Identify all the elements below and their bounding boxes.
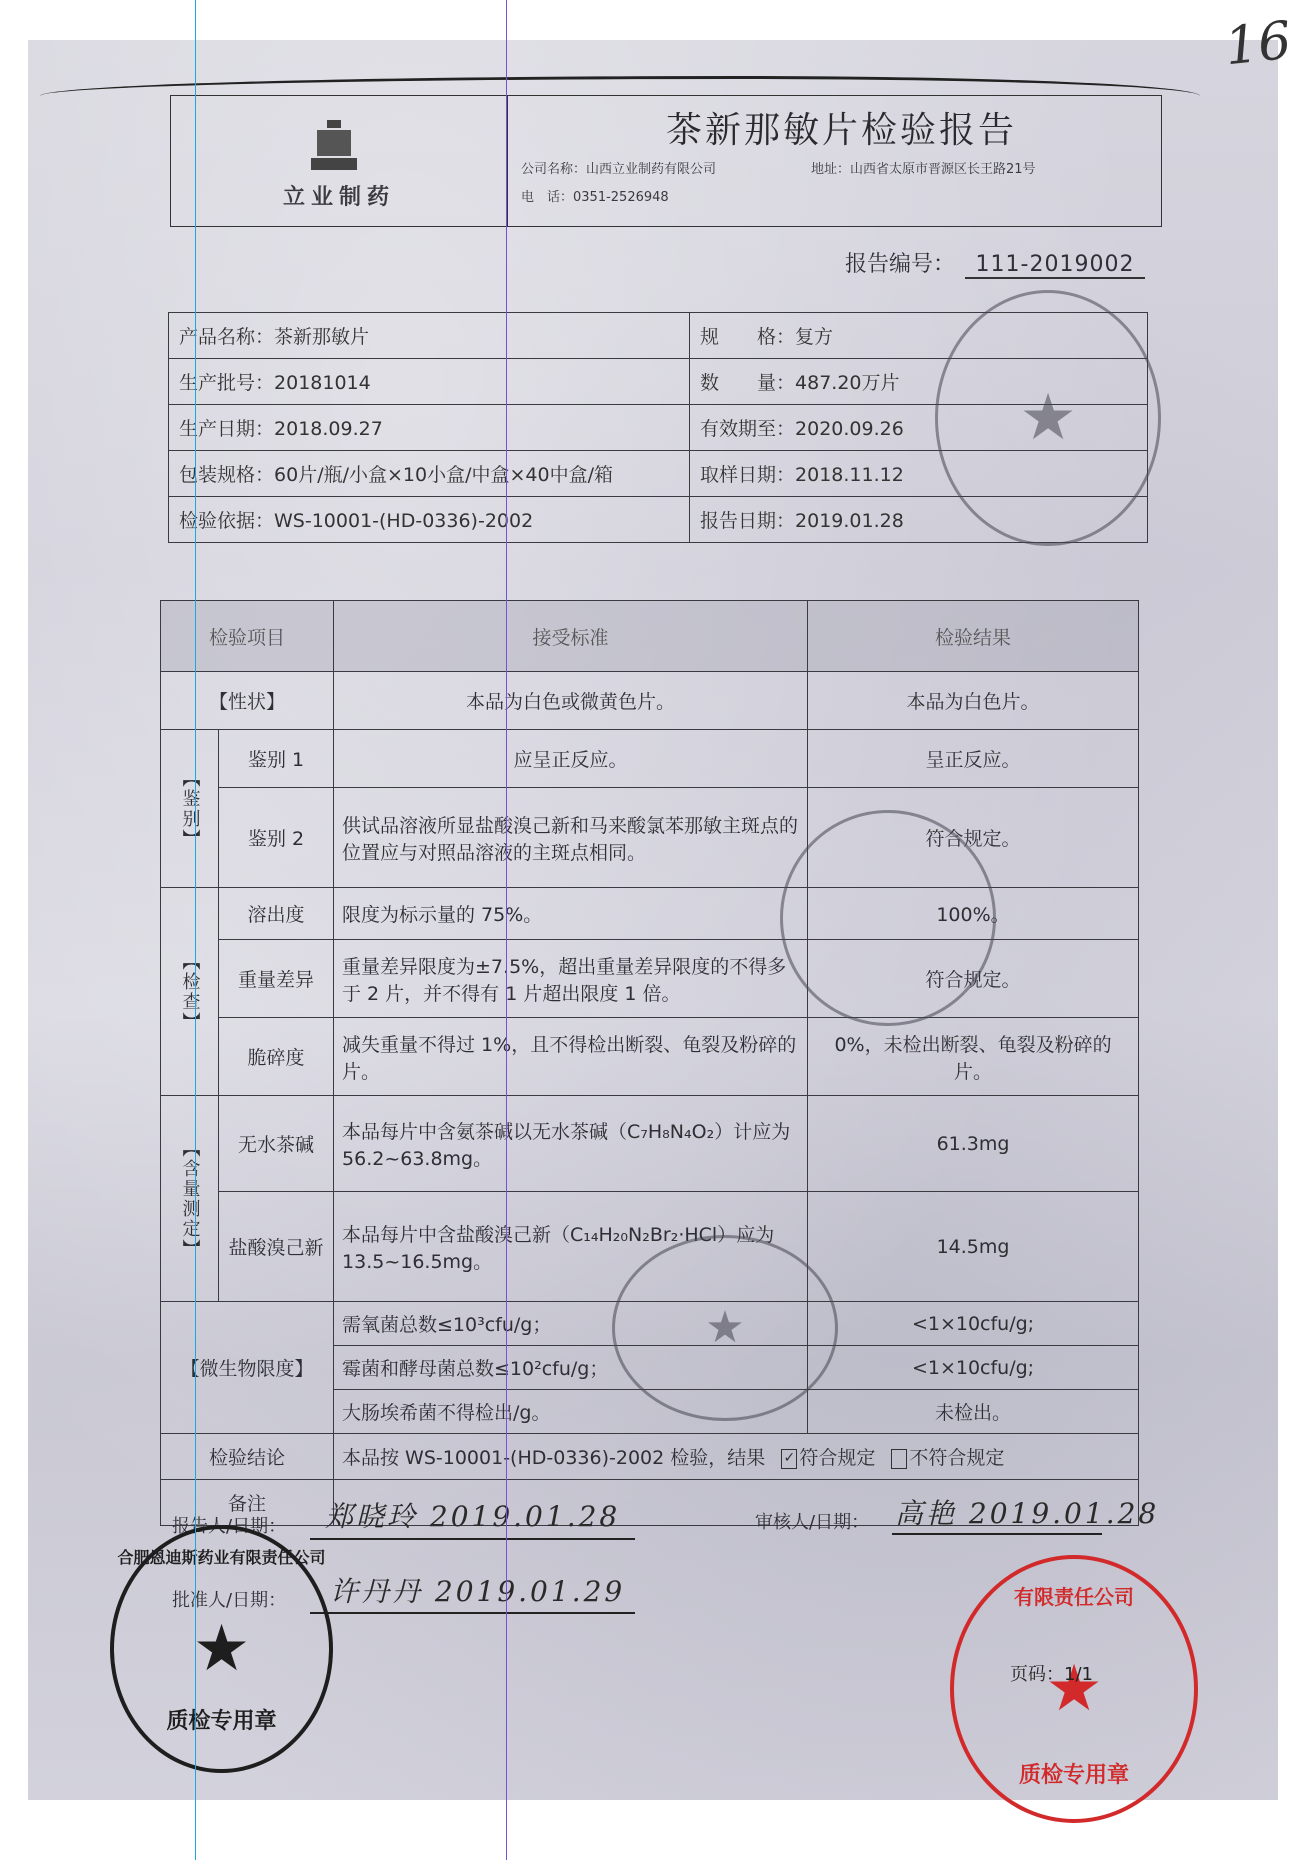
approver-signature: 许丹丹 2019.01.29 — [330, 1570, 625, 1610]
address-line: 地址：山西省太原市晋源区长王路21号 — [811, 158, 1036, 177]
reporter-signature: 郑晓玲 2019.01.28 — [325, 1495, 620, 1535]
section-identification: 【鉴别】 — [161, 730, 219, 888]
reviewer-label: 审核人/日期： — [755, 1508, 869, 1534]
report-header: 立业制药 茶新那敏片检验报告 公司名称：山西立业制药有限公司 地址：山西省太原市… — [170, 95, 1162, 227]
info-cell-left: 生产批号：20181014 — [169, 359, 690, 405]
table-row: 【性状】 本品为白色或微黄色片。 本品为白色片。 — [161, 672, 1139, 730]
star-icon: ★ — [193, 1617, 250, 1681]
header-item: 检验项目 — [161, 601, 334, 672]
faint-stamp: ★ — [612, 1235, 838, 1421]
section-assay: 【含量测定】 — [161, 1096, 219, 1302]
info-cell-left: 检验依据：WS-10001-(HD-0336)-2002 — [169, 497, 690, 543]
handwritten-page-number: 16 — [1222, 11, 1294, 78]
guide-line-blue — [195, 0, 196, 1010]
table-header-row: 检验项目 接受标准 检验结果 — [161, 601, 1139, 672]
star-icon: ★ — [1019, 386, 1076, 450]
header-standard: 接受标准 — [334, 601, 808, 672]
report-number: 报告编号：111-2019002 — [845, 247, 1145, 279]
star-icon: ★ — [705, 1306, 744, 1350]
qc-stamp-red: ★ 有限责任公司 质检专用章 — [950, 1555, 1198, 1823]
guide-line-purple — [506, 0, 507, 1860]
pass-checkbox[interactable]: ✓ — [781, 1449, 797, 1469]
table-row: 重量差异 重量差异限度为±7.5%，超出重量差异限度的不得多于 2 片，并不得有… — [161, 940, 1139, 1018]
qc-stamp-black: ★ 合肥恩迪斯药业有限责任公司 质检专用章 — [110, 1525, 333, 1773]
report-title: 茶新那敏片检验报告 — [666, 102, 1017, 153]
guide-line-blue — [195, 1010, 196, 1860]
phone-line: 电 话：0351-2526948 — [521, 186, 669, 205]
info-cell-left: 产品名称：茶新那敏片 — [169, 313, 690, 359]
approver-underline — [310, 1612, 635, 1614]
table-row: 【含量测定】 无水茶碱 本品每片中含氨茶碱以无水茶碱（C₇H₈N₄O₂）计应为 … — [161, 1096, 1139, 1192]
company-logo: 立业制药 — [171, 96, 508, 226]
faint-stamp — [780, 810, 996, 1026]
section-microbial: 【微生物限度】 — [161, 1302, 334, 1434]
conclusion-row: 检验结论 本品按 WS-10001-(HD-0336)-2002 检验，结果 ✓… — [161, 1434, 1139, 1480]
table-row: 脆碎度 减失重量不得过 1%，且不得检出断裂、龟裂及粉碎的片。 0%，未检出断裂… — [161, 1018, 1139, 1096]
logo-text: 立业制药 — [231, 180, 447, 211]
reporter-underline — [310, 1538, 635, 1540]
header-result: 检验结果 — [808, 601, 1139, 672]
section-examination: 【检查】 — [161, 888, 219, 1096]
table-row: 鉴别 2 供试品溶液所显盐酸溴己新和马来酸氯苯那敏主斑点的位置应与对照品溶液的主… — [161, 788, 1139, 888]
info-cell-left: 生产日期：2018.09.27 — [169, 405, 690, 451]
info-cell-left: 包装规格：60片/瓶/小盒×10小盒/中盒×40中盒/箱 — [169, 451, 690, 497]
fail-checkbox[interactable] — [891, 1449, 907, 1469]
table-row: 【鉴别】 鉴别 1 应呈正反应。 呈正反应。 — [161, 730, 1139, 788]
page-code: 页码：1/1 — [1010, 1660, 1093, 1686]
reviewer-signature: 高艳 2019.01.28 — [895, 1492, 1159, 1532]
reviewer-underline — [892, 1533, 1102, 1535]
company-name-line: 公司名称：山西立业制药有限公司 — [521, 158, 716, 177]
logo-icon — [311, 120, 357, 172]
faint-stamp: ★ — [935, 290, 1161, 546]
